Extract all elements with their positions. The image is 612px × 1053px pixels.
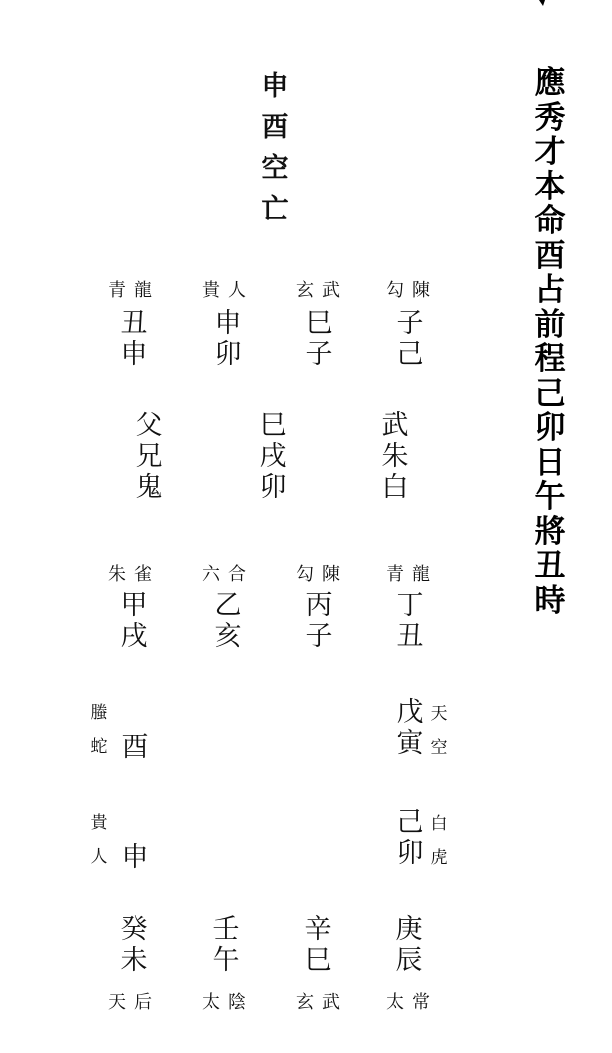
lesson-general: 青龍 [108,276,160,302]
stem: 丙 [302,590,336,621]
relations-column: 父 兄 鬼 [132,410,166,503]
branch: 子 [302,621,336,652]
title-char: 才 [530,135,570,170]
branch: 寅 [393,728,427,759]
void-note: 申 酉 空 亡 [258,66,292,230]
title-char: 卯 [530,411,570,446]
title-char: 占 [530,273,570,308]
void-char: 亡 [258,189,292,230]
lesson-top: 丑 [117,308,151,339]
title-char: 時 [530,584,570,619]
lesson-column: 巳 子 [302,308,336,370]
title-char: 本 [530,170,570,205]
plate-cell: 己 卯 [393,807,427,869]
plate-cell: 戊 寅 [393,697,427,759]
general-char: 空 [428,731,450,765]
void-char: 酉 [258,107,292,148]
stem: 辛 [301,914,335,945]
branch: 巳 [301,945,335,976]
plate-branch: 酉 [118,732,152,763]
title-char: 程 [530,342,570,377]
plate-general: 天后 [108,988,160,1014]
plate-cell: 丁 丑 [393,590,427,652]
lesson-bottom: 申 [117,339,151,370]
plate-general-vertical: 螣 蛇 [88,696,110,764]
general-char: 螣 [88,696,110,730]
stem: 癸 [117,914,151,945]
plate-general: 太常 [386,988,438,1014]
plate-cell: 乙 亥 [211,590,245,652]
plate-general: 勾陳 [296,560,348,586]
stem: 甲 [117,590,151,621]
relation: 兄 [132,441,166,472]
plate-cell: 丙 子 [302,590,336,652]
title-char: 午 [530,480,570,515]
branch: 亥 [211,621,245,652]
title-char: 秀 [530,101,570,136]
lesson-top: 子 [393,308,427,339]
transmission-general: 武 [378,410,412,441]
lesson-column: 申 卯 [211,308,245,370]
title-char: 前 [530,308,570,343]
plate-branch: 申 [118,842,152,873]
transmission-general: 白 [378,472,412,503]
lesson-bottom: 己 [393,339,427,370]
general-char: 蛇 [88,730,110,764]
plate-general-vertical: 白 虎 [428,807,450,875]
title-char: 丑 [530,549,570,584]
branch: 未 [117,945,151,976]
transmission-general: 朱 [378,441,412,472]
branch: 丑 [393,621,427,652]
general-char: 天 [428,697,450,731]
title-char: 應 [530,66,570,101]
plate-general: 六合 [202,560,254,586]
void-char: 空 [258,148,292,189]
general-char: 人 [88,840,110,874]
plate-general-vertical: 貴 人 [88,806,110,874]
title-char: 將 [530,515,570,550]
void-char: 申 [258,66,292,107]
general-char: 白 [428,807,450,841]
branch: 卯 [393,838,427,869]
plate-general: 朱雀 [108,560,160,586]
page-mark-icon [537,0,551,8]
lesson-bottom: 卯 [211,339,245,370]
case-title: 應 秀 才 本 命 酉 占 前 程 己 卯 日 午 將 丑 時 [530,66,570,618]
title-char: 己 [530,377,570,412]
transmission-branch: 巳 [256,410,290,441]
branch: 戌 [117,621,151,652]
plate-cell: 庚 辰 [392,914,426,976]
branches-column: 巳 戌 卯 [256,410,290,503]
relation: 父 [132,410,166,441]
stem: 庚 [392,914,426,945]
lesson-top: 巳 [302,308,336,339]
lesson-column: 子 己 [393,308,427,370]
lesson-column: 丑 申 [117,308,151,370]
general-char: 貴 [88,806,110,840]
plate-general: 青龍 [386,560,438,586]
plate-cell: 壬 午 [209,914,243,976]
title-char: 酉 [530,239,570,274]
transmission-branch: 戌 [256,441,290,472]
stem: 乙 [211,590,245,621]
plate-general-vertical: 天 空 [428,697,450,765]
plate-general: 玄武 [296,988,348,1014]
relation: 鬼 [132,472,166,503]
transmission-branch: 卯 [256,472,290,503]
lesson-top: 申 [211,308,245,339]
lesson-general: 玄武 [296,276,348,302]
lesson-general: 勾陳 [386,276,438,302]
stem: 壬 [209,914,243,945]
stem: 己 [393,807,427,838]
generals-column: 武 朱 白 [378,410,412,503]
plate-cell: 辛 巳 [301,914,335,976]
title-char: 日 [530,446,570,481]
lesson-bottom: 子 [302,339,336,370]
title-char: 命 [530,204,570,239]
branch: 午 [209,945,243,976]
general-char: 虎 [428,841,450,875]
plate-cell: 甲 戌 [117,590,151,652]
plate-cell: 癸 未 [117,914,151,976]
stem: 戊 [393,697,427,728]
branch: 辰 [392,945,426,976]
lesson-general: 貴人 [202,276,254,302]
plate-general: 太陰 [202,988,254,1014]
stem: 丁 [393,590,427,621]
